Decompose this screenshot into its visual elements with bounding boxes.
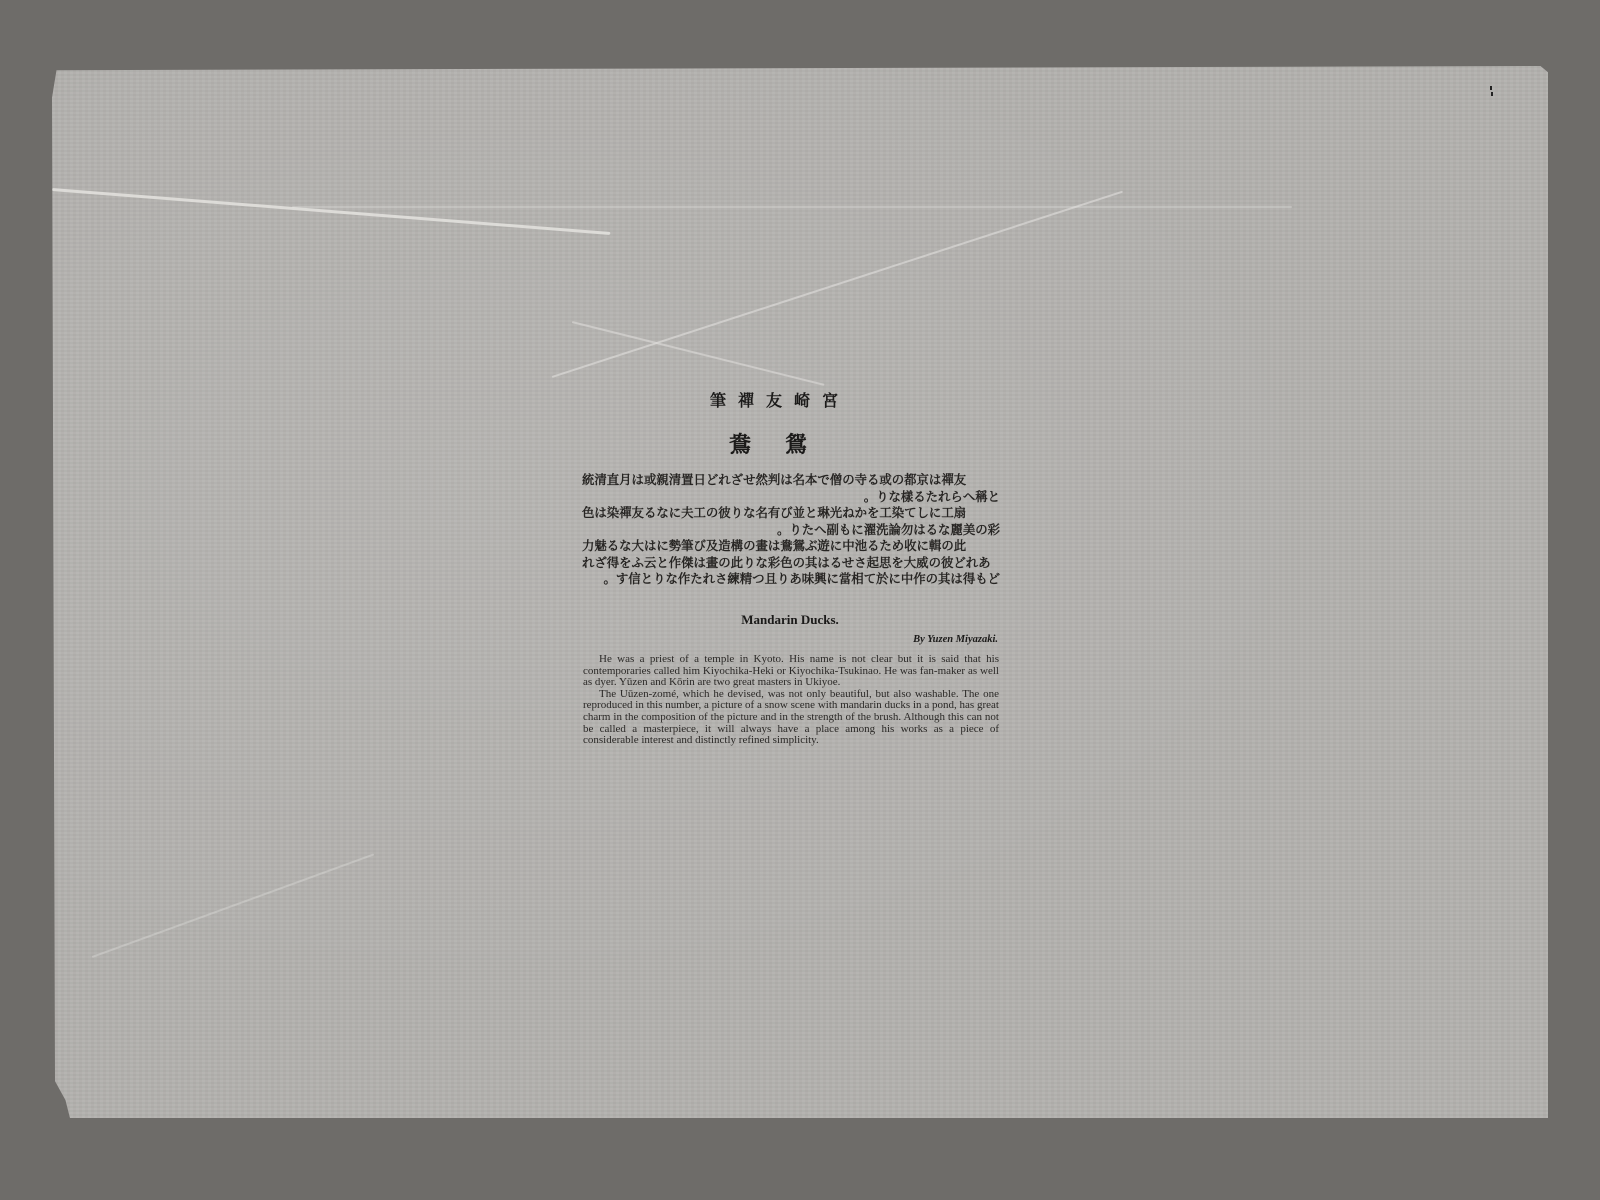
document-content: 筆禪友崎宮 鴦鴛 統清直月は或親清置日どれざせ然判は名本で僧の寺る或の都京は禪友… <box>0 0 1600 1200</box>
japanese-author-line: 筆禪友崎宮 <box>680 388 880 411</box>
japanese-body-line: れざ得をふ云と作傑は畫の此りな彩色の其はるせさ起思を大威の彼どれあ <box>582 555 1000 572</box>
english-paragraph: He was a priest of a temple in Kyoto. Hi… <box>583 654 999 689</box>
japanese-body-line: 力魅るな大はに勢筆び及造構の畫は鴦鴛ぶ遊に中池るため收に輯の此 <box>582 538 1000 555</box>
english-title: Mandarin Ducks. <box>580 612 1000 628</box>
english-paragraph: The Uūzen-zomé, which he devised, was no… <box>583 689 999 747</box>
japanese-body-line: 。りたへ副もに濯洗論勿はるな麗美の彩 <box>582 522 1000 539</box>
english-body: He was a priest of a temple in Kyoto. Hi… <box>583 654 999 747</box>
english-byline: By Yuzen Miyazaki. <box>820 634 998 645</box>
japanese-body-line: 色は染禪友るなに夫工の彼りな名有び並と琳光ねかを工染てしに工扇 <box>582 505 1000 522</box>
japanese-body: 統清直月は或親清置日どれざせ然判は名本で僧の寺る或の都京は禪友 。りな樣るたれら… <box>582 472 1000 588</box>
japanese-title: 鴦鴛 <box>720 428 850 459</box>
japanese-body-line: 統清直月は或親清置日どれざせ然判は名本で僧の寺る或の都京は禪友 <box>582 472 1000 489</box>
ink-spot <box>1491 92 1493 96</box>
japanese-body-line: 。す信とりな作たれさ練精つ且りあ味興に當相て於に中作の其は得もど <box>582 571 1000 588</box>
ink-spot <box>1490 86 1492 90</box>
japanese-body-line: 。りな樣るたれらへ稱と <box>582 489 1000 506</box>
